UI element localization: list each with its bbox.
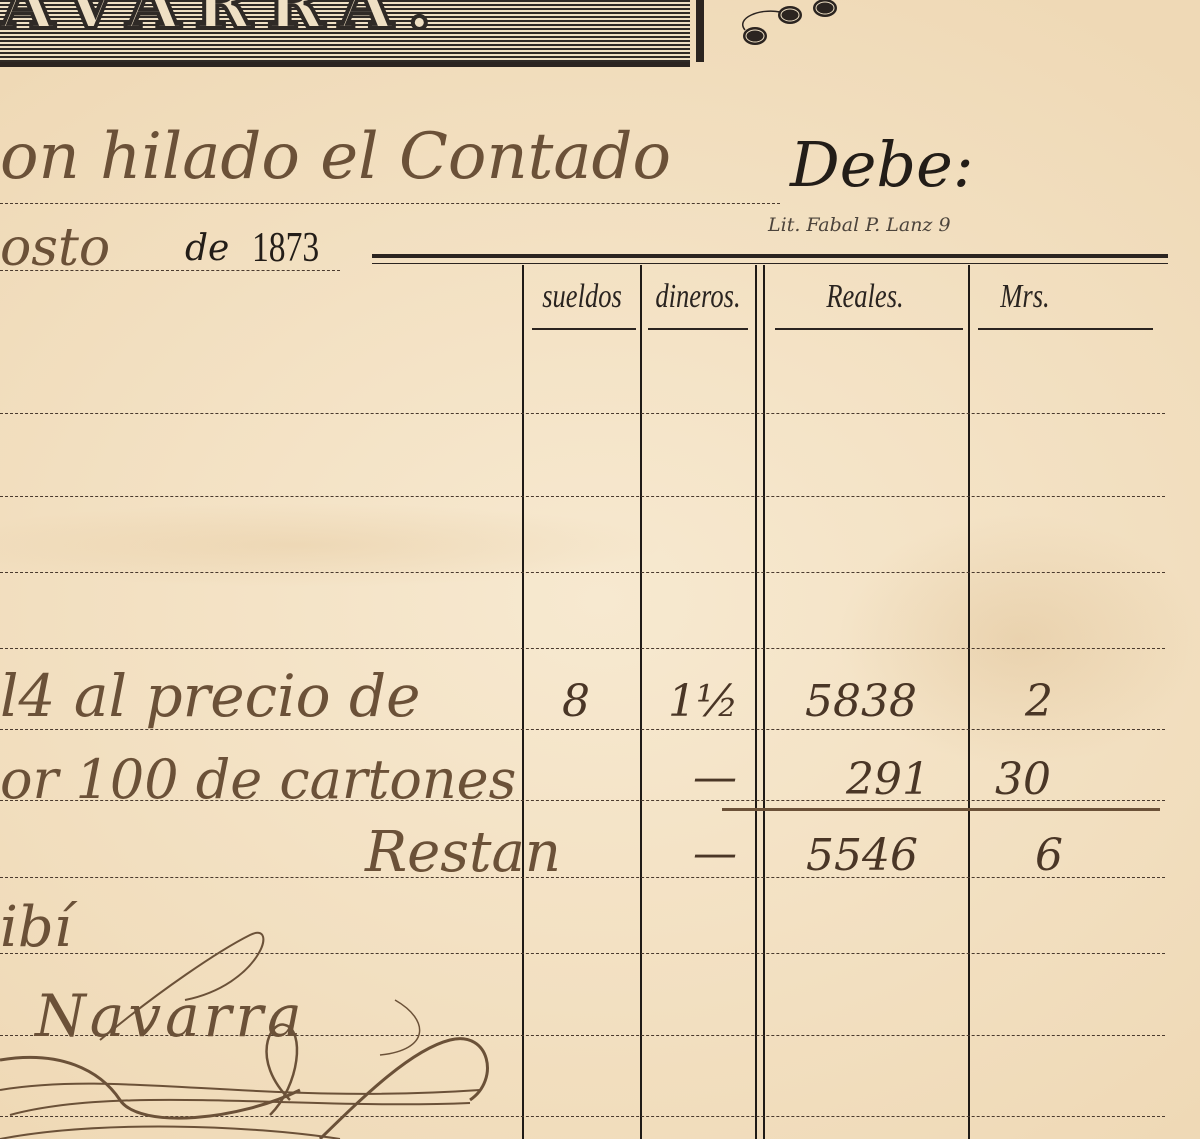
- column-header-sueldos: sueldos: [534, 278, 631, 316]
- date-de-label: de: [185, 228, 229, 269]
- heading-baseline: [0, 203, 780, 204]
- column-header-reales: Reales.: [807, 278, 924, 316]
- signature-flourish-icon: [0, 900, 520, 1139]
- row-1-description: l4 al precio de: [0, 662, 420, 730]
- ledger-line-4: [0, 648, 1165, 649]
- subtotal-divider-line: [722, 808, 1160, 811]
- ledger-line-1: [0, 413, 1165, 414]
- title-band-text: AVARRA.: [0, 0, 480, 28]
- ornament-scroll-icon: [725, 0, 865, 50]
- row-3-description: Restan: [365, 820, 561, 885]
- ledger-line-3: [0, 572, 1165, 573]
- date-baseline: [0, 270, 340, 271]
- row-2-mrs: 30: [995, 754, 1051, 805]
- title-band-frame: [696, 0, 704, 62]
- row-3-mrs: 6: [1035, 830, 1063, 881]
- date-month-fragment: osto: [0, 218, 110, 278]
- lithographer-imprint: Lit. Fabal P. Lanz 9: [768, 214, 951, 236]
- date-year: 1873: [252, 224, 319, 272]
- sueldos-underline: [532, 328, 636, 330]
- row-2-reales: 291: [846, 754, 930, 805]
- column-divider-reales-left-b: [763, 265, 765, 1139]
- mrs-underline: [978, 328, 1153, 330]
- column-header-mrs: Mrs.: [990, 278, 1060, 316]
- row-2-dineros-dash: —: [655, 752, 775, 803]
- ledger-top-rule: [372, 254, 1168, 258]
- ledger-line-7: [0, 877, 1165, 878]
- row-1-mrs: 2: [1025, 676, 1053, 727]
- dineros-underline: [648, 328, 748, 330]
- row-1-sueldos: 8: [562, 676, 590, 727]
- debe-heading: Debe:: [790, 128, 974, 201]
- column-divider-mrs: [968, 265, 970, 1139]
- reales-underline: [775, 328, 963, 330]
- column-divider-dineros: [640, 265, 642, 1139]
- row-3-reales: 5546: [806, 830, 918, 881]
- column-divider-reales-left-a: [755, 265, 757, 1139]
- column-divider-sueldos: [522, 265, 524, 1139]
- ledger-line-2: [0, 496, 1165, 497]
- engraved-title-band: AVARRA.: [0, 0, 690, 67]
- ledger-top-rule-thin: [372, 263, 1168, 264]
- row-1-dineros: 1½: [668, 676, 739, 727]
- row-3-dineros-dash: —: [655, 828, 775, 879]
- heading-handwritten-line: on hilado el Contado: [0, 120, 671, 194]
- row-2-description: or 100 de cartones: [0, 748, 516, 811]
- row-1-reales: 5838: [805, 676, 917, 727]
- column-header-dineros: dineros.: [650, 278, 747, 316]
